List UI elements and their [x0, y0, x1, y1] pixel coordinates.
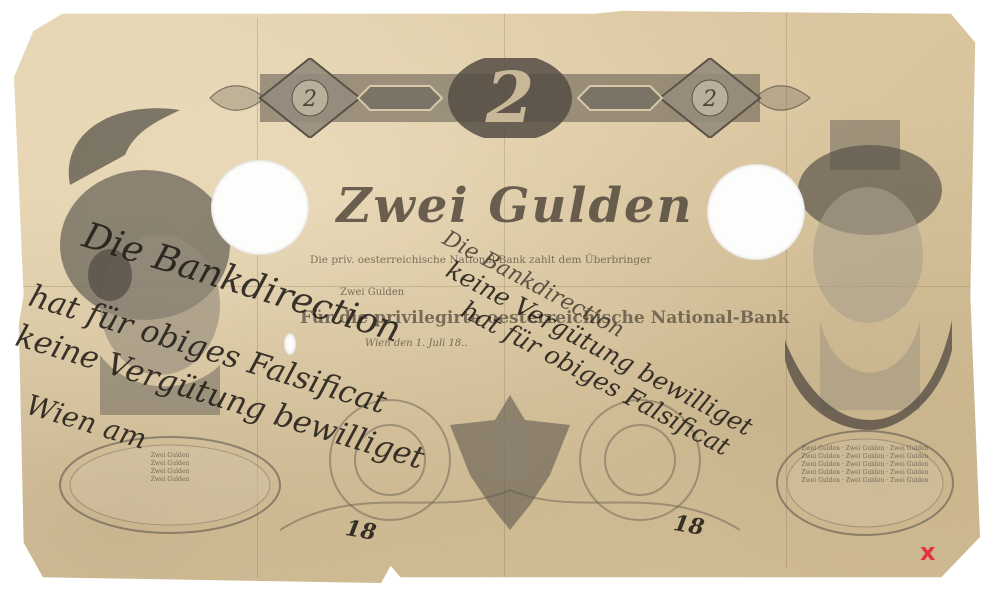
left-cartouche [50, 430, 290, 540]
handwritten-year: 18 [671, 510, 706, 541]
red-x-mark: x [920, 538, 935, 566]
right-cartouche [770, 425, 960, 545]
handwritten-year: 18 [343, 515, 378, 546]
right-portrait-crowned-woman [780, 120, 960, 430]
denomination-banner: 2 2 2 [190, 58, 830, 138]
right-cartouche-text: Zwei Gulden · Zwei Gulden · Zwei GuldenZ… [795, 445, 935, 485]
corner-numeral: 2 [702, 87, 717, 112]
punch-hole [707, 164, 805, 260]
corner-numeral: 2 [302, 87, 317, 112]
punch-hole-small [284, 333, 296, 355]
punch-hole [211, 160, 309, 255]
left-cartouche-text: Zwei GuldenZwei GuldenZwei GuldenZwei Gu… [80, 452, 260, 484]
note-title: Zwei Gulden [335, 178, 695, 234]
central-numeral: 2 [485, 58, 535, 138]
